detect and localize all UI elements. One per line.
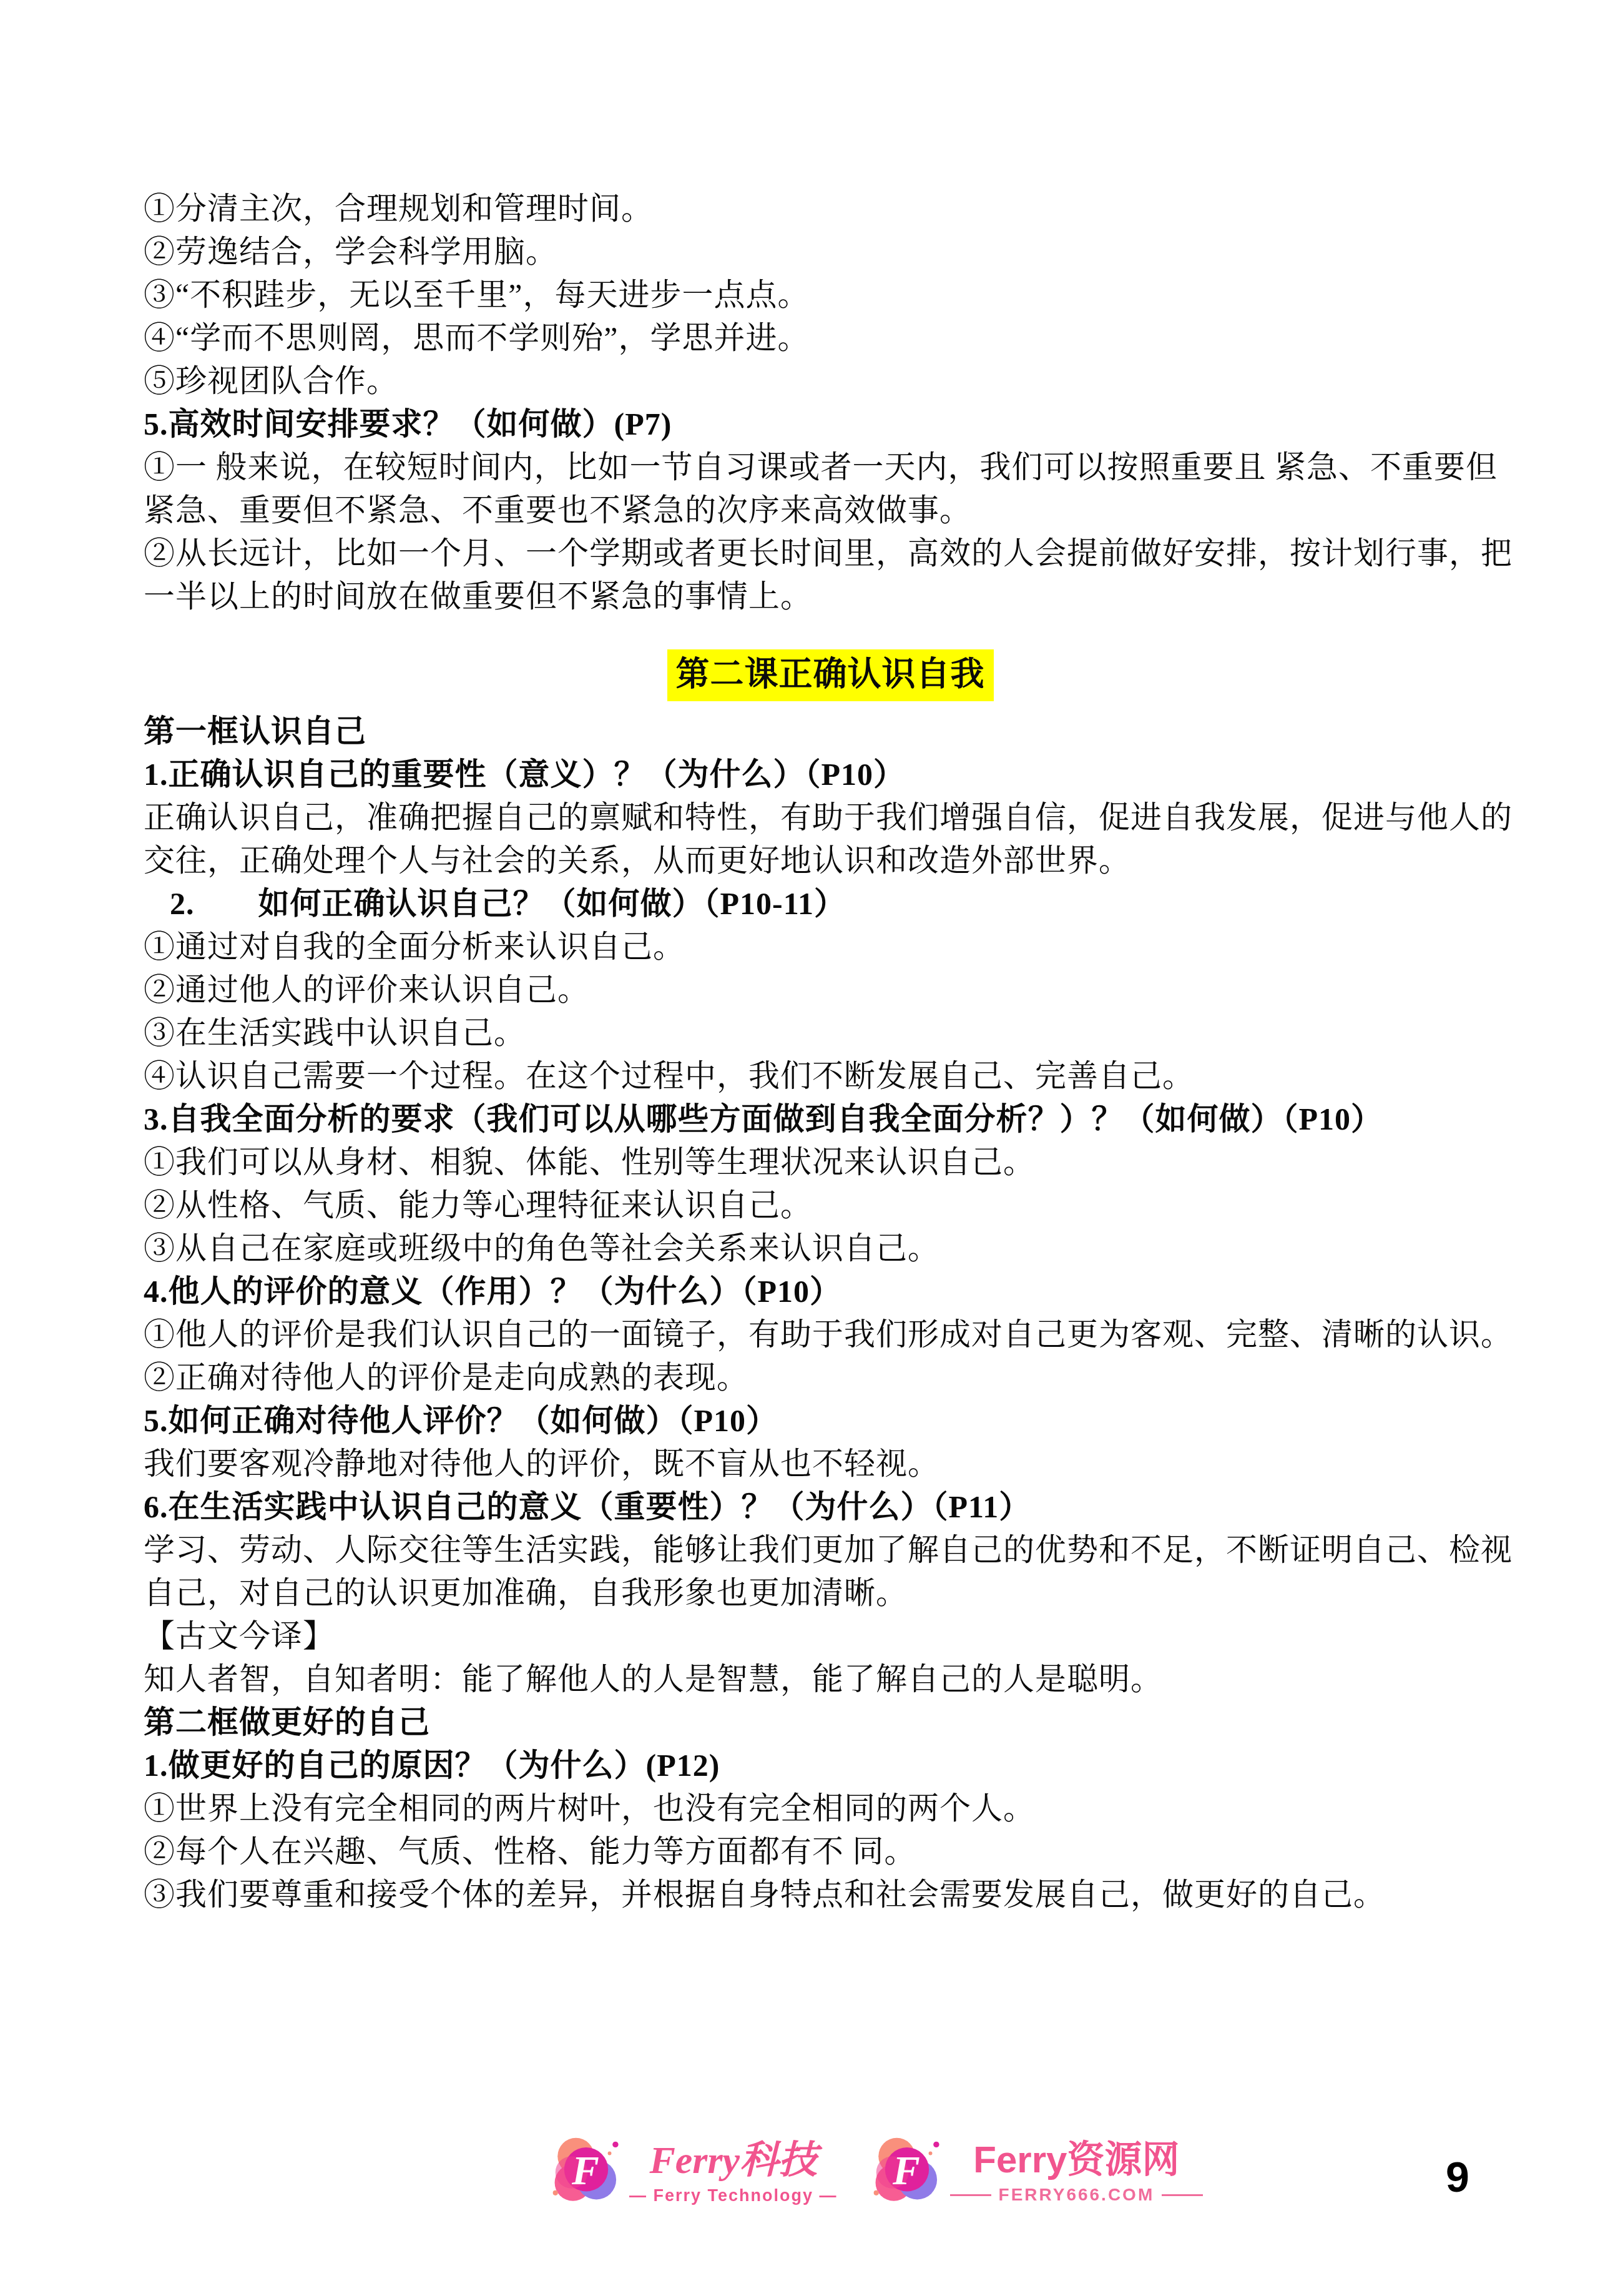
list-item: ③“不积跬步，无以至千里”，每天进步一点点。 xyxy=(144,273,1517,317)
section-heading: 1.正确认识自己的重要性（意义）？（为什么）（P10） xyxy=(144,753,1517,796)
list-item: ③我们要尊重和接受个体的差异，并根据自身特点和社会需要发展自己，做更好的自己。 xyxy=(144,1873,1517,1916)
ferry-technology-logo-name: Ferry科技 xyxy=(649,2140,817,2181)
ferry-resource-logo: F Ferry资源网 FERRY666.COM xyxy=(870,2134,1204,2210)
list-item: ①世界上没有完全相同的两片树叶，也没有完全相同的两个人。 xyxy=(144,1787,1517,1830)
list-item: ②正确对待他人的评价是走向成熟的表现。 xyxy=(144,1356,1517,1399)
page-number: 9 xyxy=(1446,2153,1469,2202)
subsection-heading: 第一框认识自己 xyxy=(144,710,1517,753)
list-item: ④“学而不思则罔，思而不学则殆”，学思并进。 xyxy=(144,317,1517,360)
ferry-resource-logo-subtitle: FERRY666.COM xyxy=(999,2185,1155,2205)
section-heading: 5.高效时间安排要求？（如何做）(P7) xyxy=(144,403,1517,446)
ferry-technology-logo: F Ferry科技 — Ferry Technology — xyxy=(549,2134,838,2210)
list-item: ④认识自己需要一个过程。在这个过程中，我们不断发展自己、完善自己。 xyxy=(144,1055,1517,1098)
section-heading: 1.做更好的自己的原因？（为什么）(P12) xyxy=(144,1744,1517,1787)
svg-text:F: F xyxy=(571,2148,599,2194)
list-item: ②从性格、气质、能力等心理特征来认识自己。 xyxy=(144,1184,1517,1227)
subsection-heading: 第二框做更好的自己 xyxy=(144,1701,1517,1744)
list-item: ①我们可以从身材、相貌、体能、性别等生理状况来认识自己。 xyxy=(144,1141,1517,1184)
paragraph: 知人者智，自知者明：能了解他人的人是智慧，能了解自己的人是聪明。 xyxy=(144,1658,1517,1701)
document-page: ①分清主次，合理规划和管理时间。 ②劳逸结合，学会科学用脑。 ③“不积跬步，无以… xyxy=(0,0,1623,2296)
list-item: ①他人的评价是我们认识自己的一面镜子，有助于我们形成对自己更为客观、完整、清晰的… xyxy=(144,1313,1517,1356)
subtitle-rule-left xyxy=(950,2194,991,2196)
bracket-label: 【古文今译】 xyxy=(144,1615,1517,1658)
lesson-title-highlight: 第二课正确认识自我 xyxy=(667,649,994,701)
list-item: ②劳逸结合，学会科学用脑。 xyxy=(144,230,1517,273)
list-item: ②每个人在兴趣、气质、性格、能力等方面都有不 同。 xyxy=(144,1830,1517,1873)
lesson-title-row: 第二课正确认识自我 xyxy=(144,649,1517,701)
list-item: ②通过他人的评价来认识自己。 xyxy=(144,968,1517,1012)
list-item: ①分清主次，合理规划和管理时间。 xyxy=(144,187,1517,230)
subtitle-rule-right xyxy=(1162,2194,1203,2196)
paragraph: ②从长远计，比如一个月、一个学期或者更长时间里，高效的人会提前做好安排，按计划行… xyxy=(144,532,1517,618)
section-heading: 5.如何正确对待他人评价？（如何做）（P10） xyxy=(144,1399,1517,1442)
list-item: ③在生活实践中认识自己。 xyxy=(144,1012,1517,1055)
section-heading: 2. 如何正确认识自己？（如何做）（P10-11） xyxy=(144,882,1517,925)
section-heading: 6.在生活实践中认识自己的意义（重要性）？（为什么）（P11） xyxy=(144,1486,1517,1529)
list-item: ①通过对自我的全面分析来认识自己。 xyxy=(144,925,1517,968)
ferry-resource-logo-subtitle-row: FERRY666.COM xyxy=(950,2185,1204,2205)
ferry-resource-logo-name: Ferry资源网 xyxy=(973,2140,1179,2180)
paragraph: 正确认识自己，准确把握自己的禀赋和特性，有助于我们增强自信，促进自我发展，促进与… xyxy=(144,796,1517,882)
paragraph: 我们要客观冷静地对待他人的评价，既不盲从也不轻视。 xyxy=(144,1442,1517,1486)
paragraph: ①一 般来说，在较短时间内，比如一节自习课或者一天内，我们可以按照重要且 紧急、… xyxy=(144,446,1517,532)
list-item: ③从自己在家庭或班级中的角色等社会关系来认识自己。 xyxy=(144,1227,1517,1270)
document-body: ①分清主次，合理规划和管理时间。 ②劳逸结合，学会科学用脑。 ③“不积跬步，无以… xyxy=(144,187,1517,1916)
footer: F Ferry科技 — Ferry Technology — F xyxy=(549,2134,1203,2210)
paragraph: 学习、劳动、人际交往等生活实践，能够让我们更加了解自己的优势和不足，不断证明自己… xyxy=(144,1529,1517,1615)
ferry-technology-logo-subtitle: — Ferry Technology — xyxy=(629,2186,838,2205)
ferry-f-blob-icon: F xyxy=(870,2134,944,2210)
list-item: ⑤珍视团队合作。 xyxy=(144,360,1517,403)
section-heading: 4.他人的评价的意义（作用）？（为什么）（P10） xyxy=(144,1270,1517,1313)
svg-text:F: F xyxy=(891,2148,919,2194)
section-heading: 3.自我全面分析的要求（我们可以从哪些方面做到自我全面分析？）？（如何做）（P1… xyxy=(144,1098,1517,1141)
ferry-f-blob-icon: F xyxy=(549,2134,623,2210)
